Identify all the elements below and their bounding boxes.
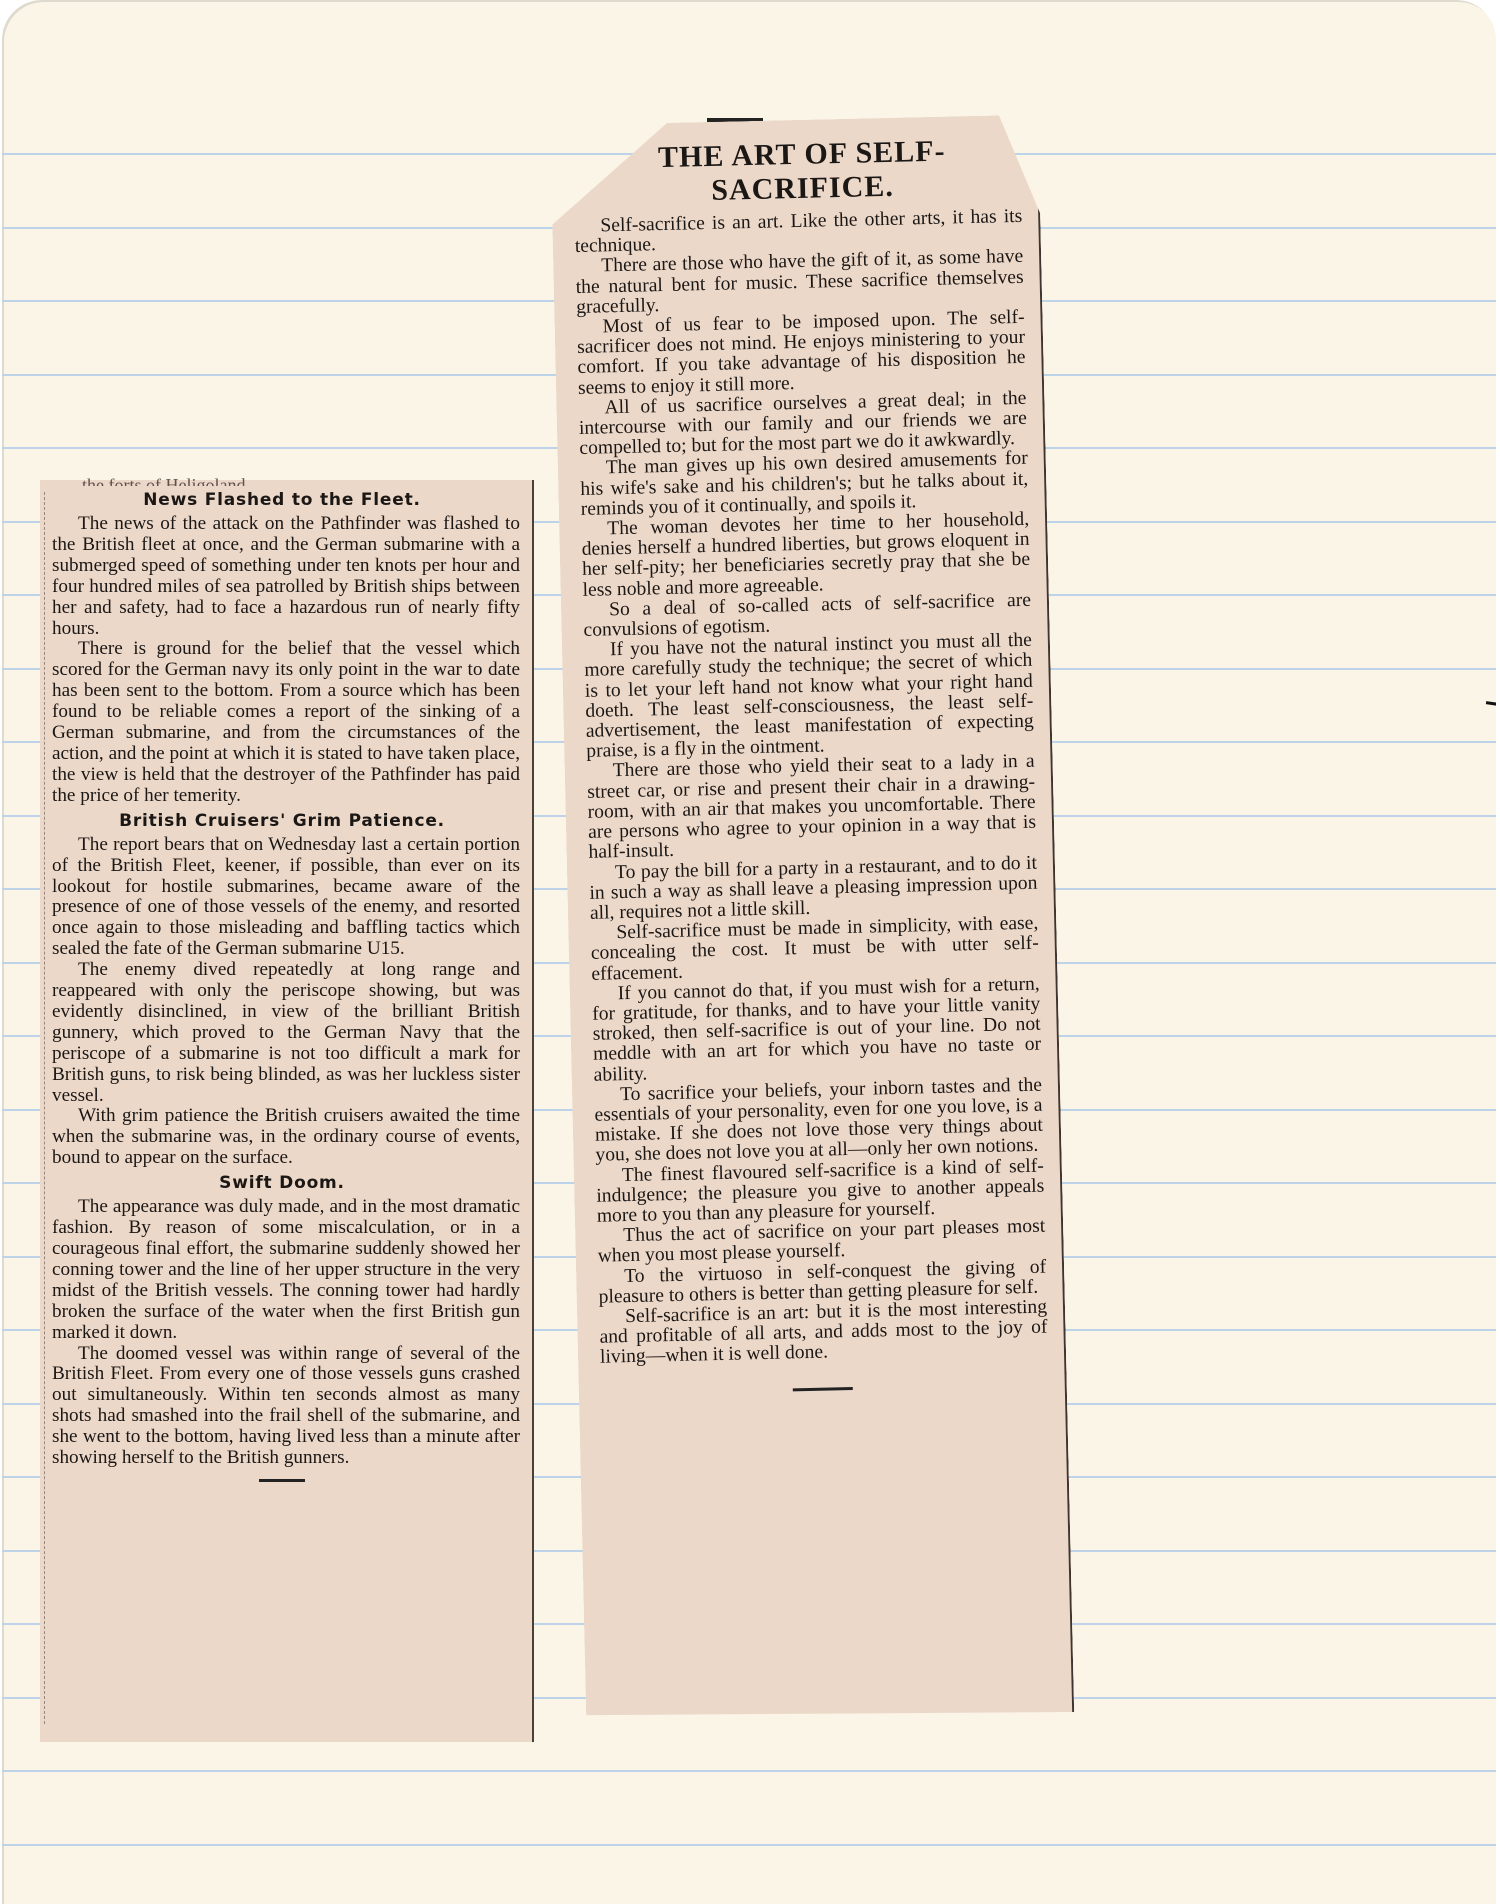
section-heading: British Cruisers' Grim Patience.: [44, 809, 520, 833]
paragraph: The appearance was duly made, and in the…: [44, 1197, 520, 1343]
section-heading: Swift Doom.: [44, 1171, 520, 1195]
scrapbook-page: ... the forts of Heligoland. News Flashe…: [2, 0, 1496, 1904]
paragraph: The woman devotes her time to her househ…: [577, 510, 1031, 601]
paragraph: The doomed vessel was within range of se…: [44, 1344, 520, 1469]
paragraph: The report bears that on Wednesday last …: [44, 835, 520, 960]
paragraph: There are those who yield their seat to …: [583, 752, 1037, 863]
paragraph: Most of us fear to be imposed upon. The …: [572, 308, 1026, 399]
cutoff-text-line: ... the forts of Heligoland.: [44, 470, 520, 486]
paragraph: To sacrifice your beliefs, your inborn t…: [590, 1075, 1044, 1166]
paragraph: If you have not the natural instinct you…: [580, 631, 1035, 762]
end-rule: [259, 1479, 305, 1482]
paragraph: If you cannot do that, if you must wish …: [588, 974, 1042, 1085]
end-rule: [793, 1387, 853, 1391]
rule-line: [2, 1770, 1496, 1772]
paragraph: The enemy dived repeatedly at long range…: [44, 960, 520, 1106]
paragraph: With grim patience the British cruisers …: [44, 1106, 520, 1169]
clipping-art-of-self-sacrifice: THE ART OF SELF- SACRIFICE. Self-sacrifi…: [550, 114, 1074, 1723]
article-body: Self-sacrifice is an art. Like the other…: [570, 207, 1048, 1369]
paragraph: The news of the attack on the Pathfinder…: [44, 514, 520, 639]
section-heading: News Flashed to the Fleet.: [44, 488, 520, 512]
paragraph: Self-sacrifice is an art: but it is the …: [595, 1298, 1048, 1369]
rule-line: [2, 1844, 1496, 1846]
paragraph: Self-sacrifice must be made in simplicit…: [586, 914, 1039, 985]
clipping-naval-news: ... the forts of Heligoland. News Flashe…: [40, 480, 534, 1742]
paragraph: There is ground for the belief that the …: [44, 639, 520, 806]
ink-mark: [1486, 701, 1496, 706]
article-title: THE ART OF SELF- SACRIFICE.: [568, 133, 1021, 211]
